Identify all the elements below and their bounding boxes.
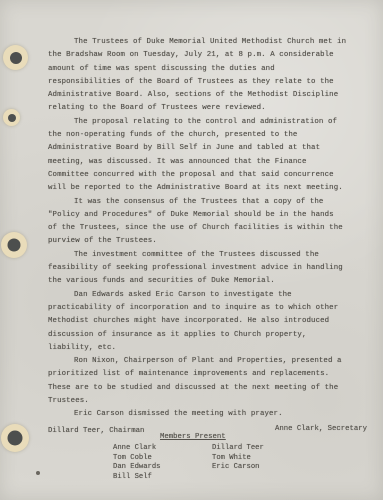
- paragraph-closing-prayer: Eric Carson dismissed the meeting with p…: [48, 408, 347, 421]
- paragraph-funds-proposal: The proposal relating to the control and…: [48, 116, 347, 196]
- hole-punch-middle: [1, 232, 27, 258]
- hole-punch-upper: [3, 109, 20, 126]
- hole-punch-center: [8, 431, 23, 446]
- paragraph-investment-committee: The investment committee of the Trustees…: [48, 249, 347, 289]
- member-name: Anne Clark: [113, 444, 160, 454]
- member-name: Tom Coble: [113, 454, 160, 464]
- members-present-heading: Members Present: [160, 433, 226, 441]
- paragraph-plant-properties: Ron Nixon, Chairperson of Plant and Prop…: [48, 355, 347, 408]
- scanned-minutes-page: The Trustees of Duke Memorial United Met…: [0, 0, 383, 500]
- paragraph-incorporation: Dan Edwards asked Eric Carson to investi…: [48, 289, 347, 355]
- member-name: Bill Self: [113, 473, 160, 483]
- minutes-body: The Trustees of Duke Memorial United Met…: [48, 36, 347, 422]
- member-name: Dan Edwards: [113, 463, 160, 473]
- member-name: Tom White: [212, 454, 264, 464]
- members-present-column-1: Anne Clark Tom Coble Dan Edwards Bill Se…: [113, 444, 160, 482]
- hole-punch-center: [8, 114, 16, 122]
- hole-punch-center: [10, 52, 22, 64]
- members-present-column-2: Dillard Teer Tom White Eric Carson: [212, 444, 264, 473]
- hole-punch-center: [8, 239, 21, 252]
- paragraph-policy-procedures: It was the consensus of the Trustees tha…: [48, 196, 347, 249]
- hole-punch-top: [3, 45, 28, 70]
- hole-punch-bottom: [1, 424, 29, 452]
- ink-speck: [36, 471, 40, 475]
- member-name: Dillard Teer: [212, 444, 264, 454]
- chairman-signature: Dillard Teer, Chairman: [48, 427, 144, 435]
- paragraph-opening: The Trustees of Duke Memorial United Met…: [48, 36, 347, 116]
- secretary-signature: Anne Clark, Secretary: [275, 425, 367, 433]
- member-name: Eric Carson: [212, 463, 264, 473]
